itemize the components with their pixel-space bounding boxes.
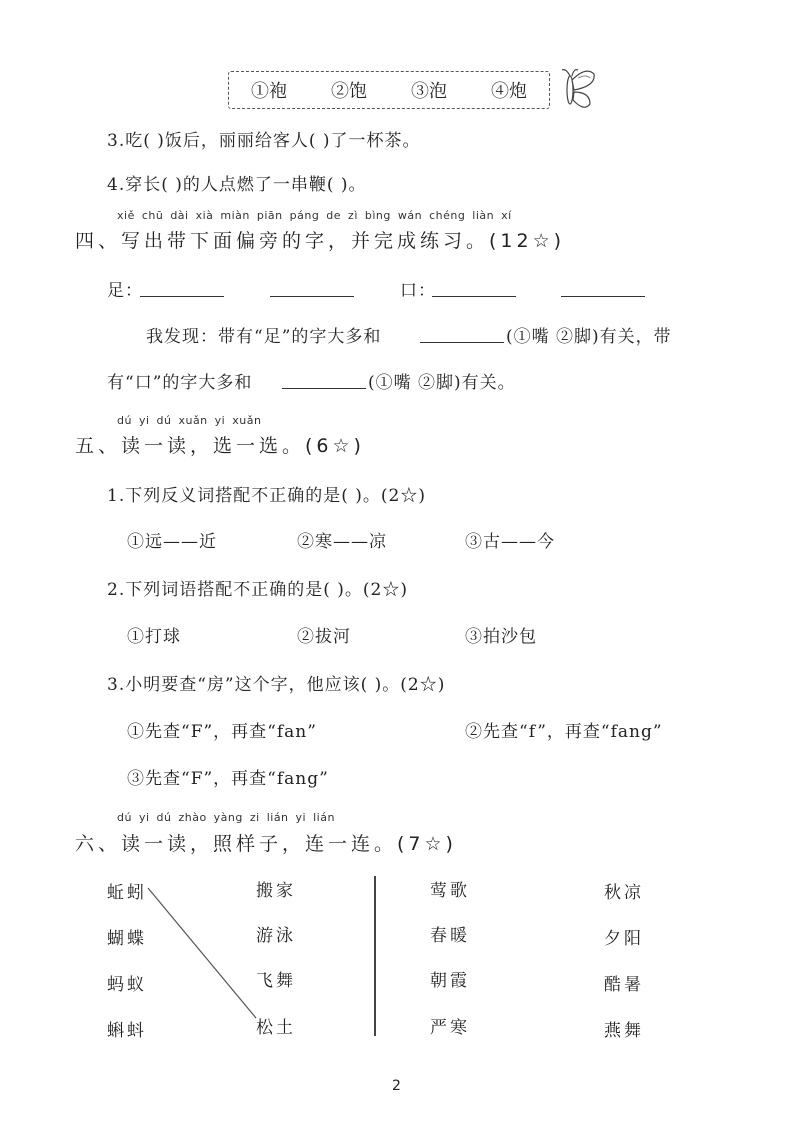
match-item-col3[interactable]: 朝霞	[430, 966, 470, 991]
column-divider	[374, 876, 376, 1036]
match-item-col4[interactable]: 夕阳	[604, 924, 644, 949]
match-item-col4[interactable]: 燕舞	[604, 1016, 644, 1041]
example-connection-line	[0, 0, 793, 1122]
match-item-col4[interactable]: 酷暑	[604, 970, 644, 995]
match-item-col3[interactable]: 春暖	[430, 921, 470, 946]
match-item-col3[interactable]: 严寒	[430, 1013, 470, 1038]
match-item-col4[interactable]: 秋凉	[604, 878, 644, 903]
page-number: 2	[392, 1078, 401, 1094]
match-item-col3[interactable]: 莺歌	[430, 876, 470, 901]
